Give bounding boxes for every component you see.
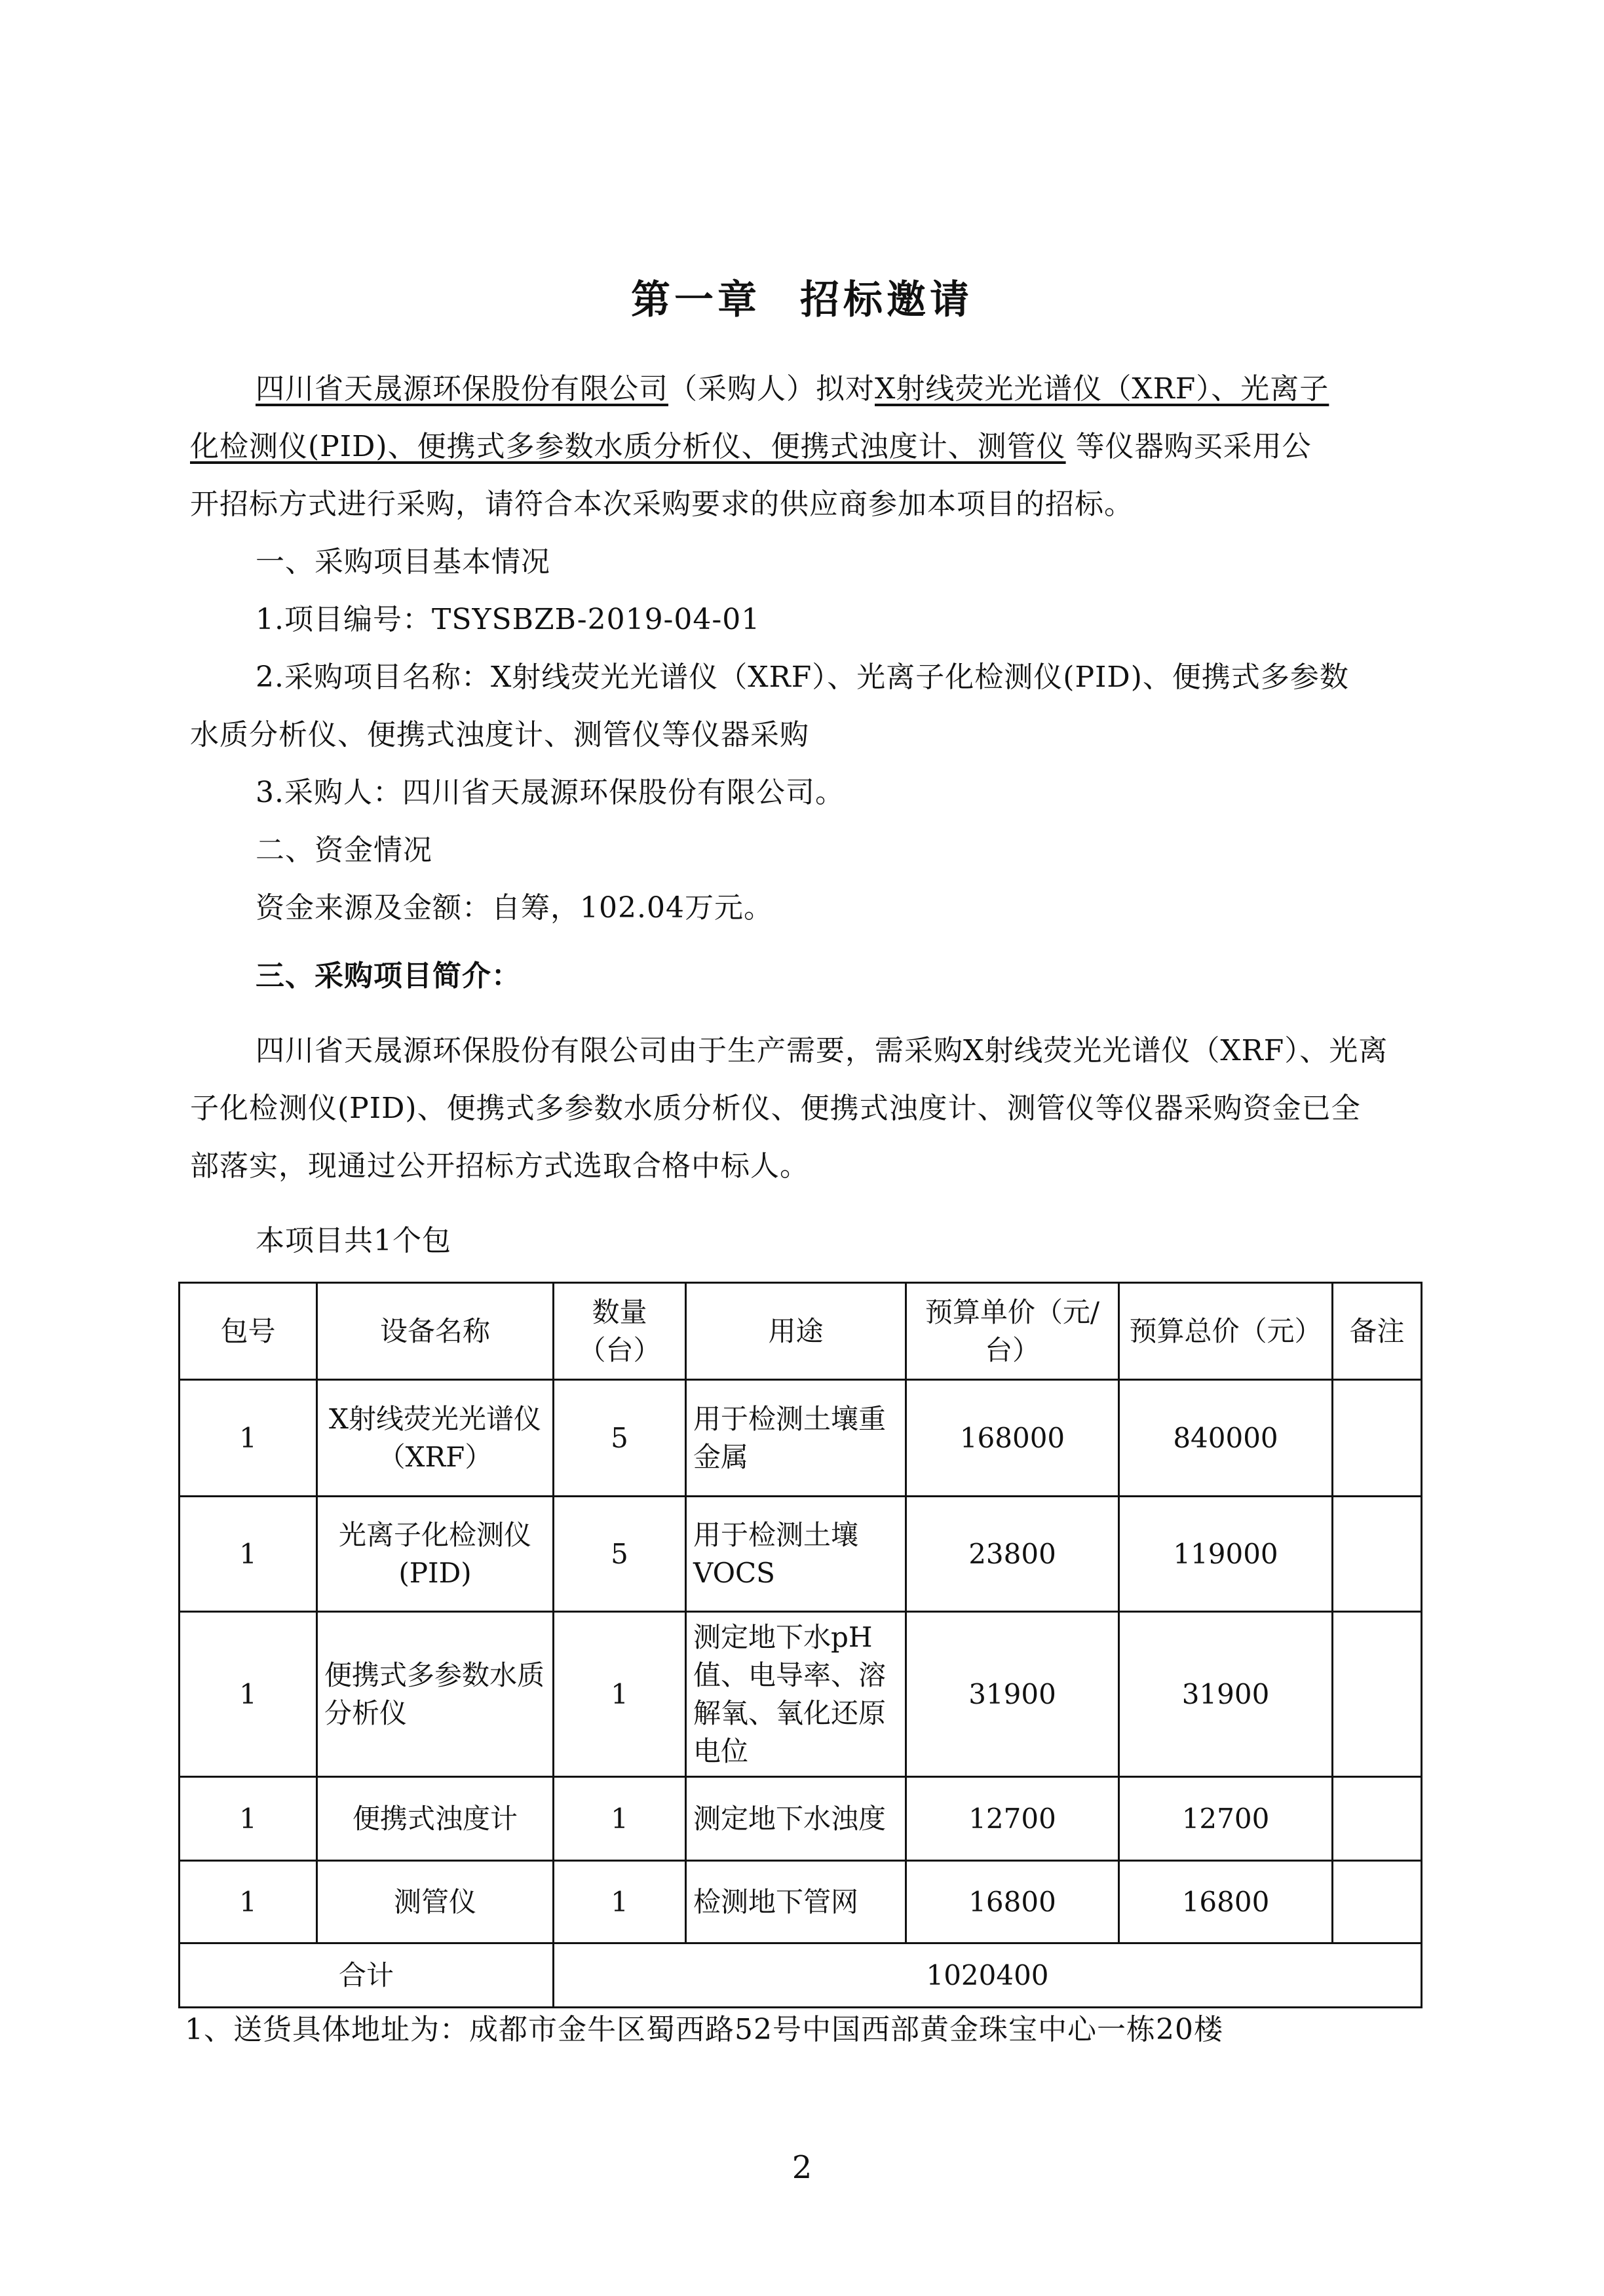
cell-package-no: 1 bbox=[180, 1497, 317, 1612]
cell-total-price: 840000 bbox=[1119, 1380, 1333, 1497]
chapter-number: 第一章 bbox=[631, 277, 761, 323]
table-total-row: 合计 1020400 bbox=[180, 1943, 1422, 2008]
cell-unit-price: 23800 bbox=[906, 1497, 1119, 1612]
table-row: 1 光离子化检测仪(PID) 5 用于检测土壤VOCS 23800 119000 bbox=[180, 1497, 1422, 1612]
header-package-no: 包号 bbox=[180, 1283, 317, 1380]
header-unit-price: 预算单价（元/台） bbox=[906, 1283, 1119, 1380]
intro-line-2-rest: 等仪器购买采用公 bbox=[1066, 430, 1312, 463]
chapter-title: 第一章招标邀请 bbox=[0, 269, 1604, 325]
cell-quantity: 1 bbox=[554, 1612, 686, 1777]
project-name-line-1: 2.采购项目名称：X射线荧光光谱仪（XRF）、光离子化检测仪(PID)、便携式多… bbox=[256, 659, 1422, 696]
header-device-name: 设备名称 bbox=[317, 1283, 554, 1380]
section-1-heading: 一、采购项目基本情况 bbox=[256, 544, 1422, 581]
funding-line: 资金来源及金额：自筹，102.04万元。 bbox=[256, 890, 1422, 927]
delivery-address: 1、送货具体地址为：成都市金牛区蜀西路52号中国西部黄金珠宝中心一栋20楼 bbox=[185, 2012, 1417, 2048]
intro-line-2: 化检测仪(PID)、便携式多参数水质分析仪、便携式浊度计、测管仪 等仪器购买采用… bbox=[190, 429, 1422, 465]
cell-total-price: 119000 bbox=[1119, 1497, 1333, 1612]
cell-total-price: 12700 bbox=[1119, 1777, 1333, 1861]
page-number: 2 bbox=[0, 2149, 1604, 2186]
purchaser-line: 3.采购人：四川省天晟源环保股份有限公司。 bbox=[256, 775, 1422, 811]
header-purpose: 用途 bbox=[686, 1283, 906, 1380]
cell-quantity: 5 bbox=[554, 1380, 686, 1497]
table-row: 1 测管仪 1 检测地下管网 16800 16800 bbox=[180, 1861, 1422, 1943]
section-2-heading: 二、资金情况 bbox=[256, 832, 1422, 869]
table-row: 1 便携式浊度计 1 测定地下水浊度 12700 12700 bbox=[180, 1777, 1422, 1861]
cell-purpose: 测定地下水浊度 bbox=[686, 1777, 906, 1861]
cell-device-name: 测管仪 bbox=[317, 1861, 554, 1943]
cell-package-no: 1 bbox=[180, 1861, 317, 1943]
header-total-price: 预算总价（元） bbox=[1119, 1283, 1333, 1380]
cell-unit-price: 12700 bbox=[906, 1777, 1119, 1861]
intro-line-1: 四川省天晟源环保股份有限公司（采购人）拟对X射线荧光光谱仪（XRF）、光离子 bbox=[256, 371, 1422, 408]
table-row: 1 便携式多参数水质分析仪 1 测定地下水pH值、电导率、溶解氧、氧化还原电位 … bbox=[180, 1612, 1422, 1777]
total-label: 合计 bbox=[180, 1943, 554, 2008]
cell-purpose: 检测地下管网 bbox=[686, 1861, 906, 1943]
header-remarks: 备注 bbox=[1333, 1283, 1422, 1380]
items-underlined-1: X射线荧光光谱仪（XRF）、光离子 bbox=[875, 372, 1329, 406]
cell-remarks bbox=[1333, 1777, 1422, 1861]
cell-unit-price: 31900 bbox=[906, 1612, 1119, 1777]
header-quantity: 数量（台） bbox=[554, 1283, 686, 1380]
cell-package-no: 1 bbox=[180, 1380, 317, 1497]
cell-quantity: 5 bbox=[554, 1497, 686, 1612]
cell-device-name: 便携式多参数水质分析仪 bbox=[317, 1612, 554, 1777]
cell-quantity: 1 bbox=[554, 1861, 686, 1943]
procurement-table: 包号 设备名称 数量（台） 用途 预算单价（元/台） 预算总价（元） 备注 1 … bbox=[178, 1282, 1423, 2008]
total-value: 1020400 bbox=[554, 1943, 1422, 2008]
cell-device-name: 便携式浊度计 bbox=[317, 1777, 554, 1861]
table-header-row: 包号 设备名称 数量（台） 用途 预算单价（元/台） 预算总价（元） 备注 bbox=[180, 1283, 1422, 1380]
cell-remarks bbox=[1333, 1380, 1422, 1497]
cell-remarks bbox=[1333, 1861, 1422, 1943]
cell-package-no: 1 bbox=[180, 1612, 317, 1777]
cell-device-name: 光离子化检测仪(PID) bbox=[317, 1497, 554, 1612]
cell-device-name: X射线荧光光谱仪（XRF） bbox=[317, 1380, 554, 1497]
cell-total-price: 16800 bbox=[1119, 1861, 1333, 1943]
chapter-name: 招标邀请 bbox=[800, 277, 973, 323]
purchaser-tag: （采购人）拟对 bbox=[668, 372, 875, 406]
project-number: 1.项目编号：TSYSBZB-2019-04-01 bbox=[256, 602, 1422, 638]
cell-total-price: 31900 bbox=[1119, 1612, 1333, 1777]
table-row: 1 X射线荧光光谱仪（XRF） 5 用于检测土壤重金属 168000 84000… bbox=[180, 1380, 1422, 1497]
package-note: 本项目共1个包 bbox=[256, 1223, 1422, 1259]
purchaser-company: 四川省天晟源环保股份有限公司 bbox=[256, 372, 668, 406]
cell-package-no: 1 bbox=[180, 1777, 317, 1861]
cell-unit-price: 168000 bbox=[906, 1380, 1119, 1497]
summary-line-2: 子化检测仪(PID)、便携式多参数水质分析仪、便携式浊度计、测管仪等仪器采购资金… bbox=[190, 1090, 1422, 1127]
cell-purpose: 用于检测土壤重金属 bbox=[686, 1380, 906, 1497]
section-3-heading: 三、采购项目简介： bbox=[256, 958, 1422, 995]
summary-line-1: 四川省天晟源环保股份有限公司由于生产需要，需采购X射线荧光光谱仪（XRF）、光离 bbox=[256, 1033, 1422, 1069]
cell-purpose: 用于检测土壤VOCS bbox=[686, 1497, 906, 1612]
cell-remarks bbox=[1333, 1612, 1422, 1777]
project-name-line-2: 水质分析仪、便携式浊度计、测管仪等仪器采购 bbox=[190, 717, 1422, 754]
cell-quantity: 1 bbox=[554, 1777, 686, 1861]
cell-remarks bbox=[1333, 1497, 1422, 1612]
cell-unit-price: 16800 bbox=[906, 1861, 1119, 1943]
items-underlined-2: 化检测仪(PID)、便携式多参数水质分析仪、便携式浊度计、测管仪 bbox=[190, 430, 1066, 463]
intro-line-3: 开招标方式进行采购，请符合本次采购要求的供应商参加本项目的招标。 bbox=[190, 486, 1422, 523]
summary-line-3: 部落实，现通过公开招标方式选取合格中标人。 bbox=[190, 1148, 1422, 1185]
cell-purpose: 测定地下水pH值、电导率、溶解氧、氧化还原电位 bbox=[686, 1612, 906, 1777]
